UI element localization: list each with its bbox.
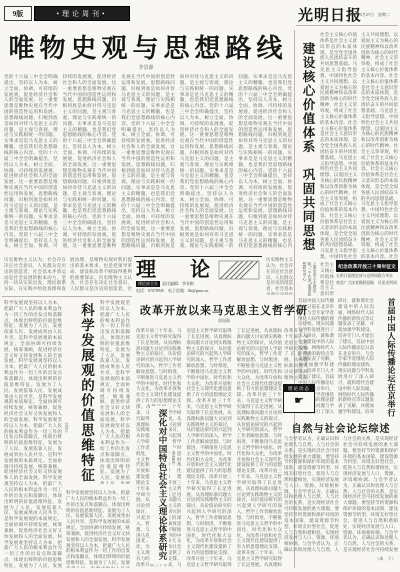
- department-chip: 理论部主办: [136, 281, 160, 287]
- deepen-vertical-headline: 深化对中国特色社会主义理论体系研究: [150, 406, 169, 564]
- theory-dynamics-label: 理论动态: [284, 385, 314, 392]
- lead-body-continued: 历史唯物主义认为，社会存在决定社会意识，人民群众是历史的创造者，社会基本矛盾运动…: [4, 257, 132, 293]
- essay-call-banner-label: 纪念改革开放三十周年征文: [338, 263, 396, 270]
- contact-info-line: 电话：67078945 电子信箱：llb@gmw.cn: [134, 287, 262, 294]
- nature-society-signoff: （本 于）: [284, 556, 396, 562]
- section-badge: •理论周刊•: [34, 6, 130, 21]
- nature-society-headline: 自然与社会论坛综述: [284, 420, 398, 435]
- section-badge-label: •理论周刊•: [57, 9, 108, 19]
- contact-label: 电话：67078945 电子信箱：llb@gmw.cn: [136, 288, 208, 294]
- theory-dynamics-box: 理论动态 ☛: [283, 384, 315, 413]
- lead-headline: 唯物史观与思想路线: [2, 28, 294, 65]
- section-divider-rule: [2, 296, 132, 297]
- theory-logo-title: 理 论: [136, 260, 217, 280]
- lead-body-tail: 历史唯物主义认为，社会存在决定社会意识，人民群众是历史的创造者，社会基本矛盾运动…: [266, 257, 293, 295]
- development-body-side: 科学发展观坚持以人为本，把最广大人民的根本利益作为一切工作的出发点和落脚点，体现…: [100, 300, 130, 484]
- theory-logo-row: 理 论: [134, 257, 262, 281]
- diagonal-lines-graphic: [218, 260, 260, 280]
- newspaper-page: 9版 •理论周刊• 光明日报 2008年5月27日 星期二 唯物史观与思想路线 …: [0, 0, 400, 572]
- masthead-rule: [296, 25, 398, 26]
- core-values-vertical-headline: 建设核心价值体系 巩固共同思想基础: [297, 36, 317, 258]
- philosophy-author: 郭国勋: [140, 318, 308, 324]
- development-body-bottom: 科学发展观坚持以人为本，把最广大人民的根本利益作为一切工作的出发点和落脚点，体现…: [66, 490, 130, 568]
- forum-vertical-headline: 首届中国人际传播论坛在京举行: [377, 294, 397, 420]
- essay-call-banner: 纪念改革开放三十周年征文: [336, 260, 398, 272]
- core-values-body: 社会主义核心价值体系是社会主义意识形态的本质体现，是全党全国各族人民团结奋斗的共…: [320, 32, 398, 260]
- deepen-author: （李崇富）: [170, 448, 177, 480]
- development-vertical-headline: 科学发展观的价值思维特征: [70, 300, 96, 486]
- editor-name-label: 责任编辑：李亚彬: [162, 281, 194, 287]
- lead-author: 李景源: [0, 64, 292, 71]
- page-number-label: 9版: [13, 9, 24, 19]
- pointing-hand-icon: ☛: [284, 392, 314, 410]
- philosophy-body-strip: 改革开放三十年来，马克思主义哲学研究取得了长足进展。从真理标准问题大讨论到实践唯…: [284, 328, 308, 380]
- theory-section-logo-box: 理 论 理论部主办 责任编辑：李亚彬 电话：67078945 电子信箱：llb@…: [134, 256, 262, 299]
- core-values-byline: 上海市邓小平理论和“三个代表”重要思想研究中心: [298, 262, 318, 296]
- essay-call-note-1: 光明日报理论部与光明网联合举办: [336, 274, 398, 280]
- essay-call-note-2: 欢迎广大读者踊跃投稿 详见光明网: [336, 281, 398, 287]
- development-body-left: 科学发展观坚持以人为本，把最广大人民的根本利益作为一切工作的出发点和落脚点，体现…: [4, 300, 62, 568]
- philosophy-headline: 改革开放以来马克思主义哲学研究: [140, 302, 308, 318]
- page-number-badge: 9版: [4, 6, 32, 21]
- essay-call-side-text: 社会主义核心价值体系是社会主义意识形态的本质体现，是全党全国各族人民团结奋斗的共…: [320, 262, 334, 296]
- date-line: 2008年5月27日 星期二: [348, 12, 398, 18]
- nature-society-body: 与会学者认为，正确认识和处理人与自然、人与社会的关系，是实现经济社会可持续发展的…: [284, 436, 398, 554]
- development-author: （冯平）: [63, 420, 70, 450]
- lead-body-columns: 党的十六届三中全会明确提出，坚持以人为本，树立全面、协调、可持续的发展观，促进经…: [4, 74, 292, 254]
